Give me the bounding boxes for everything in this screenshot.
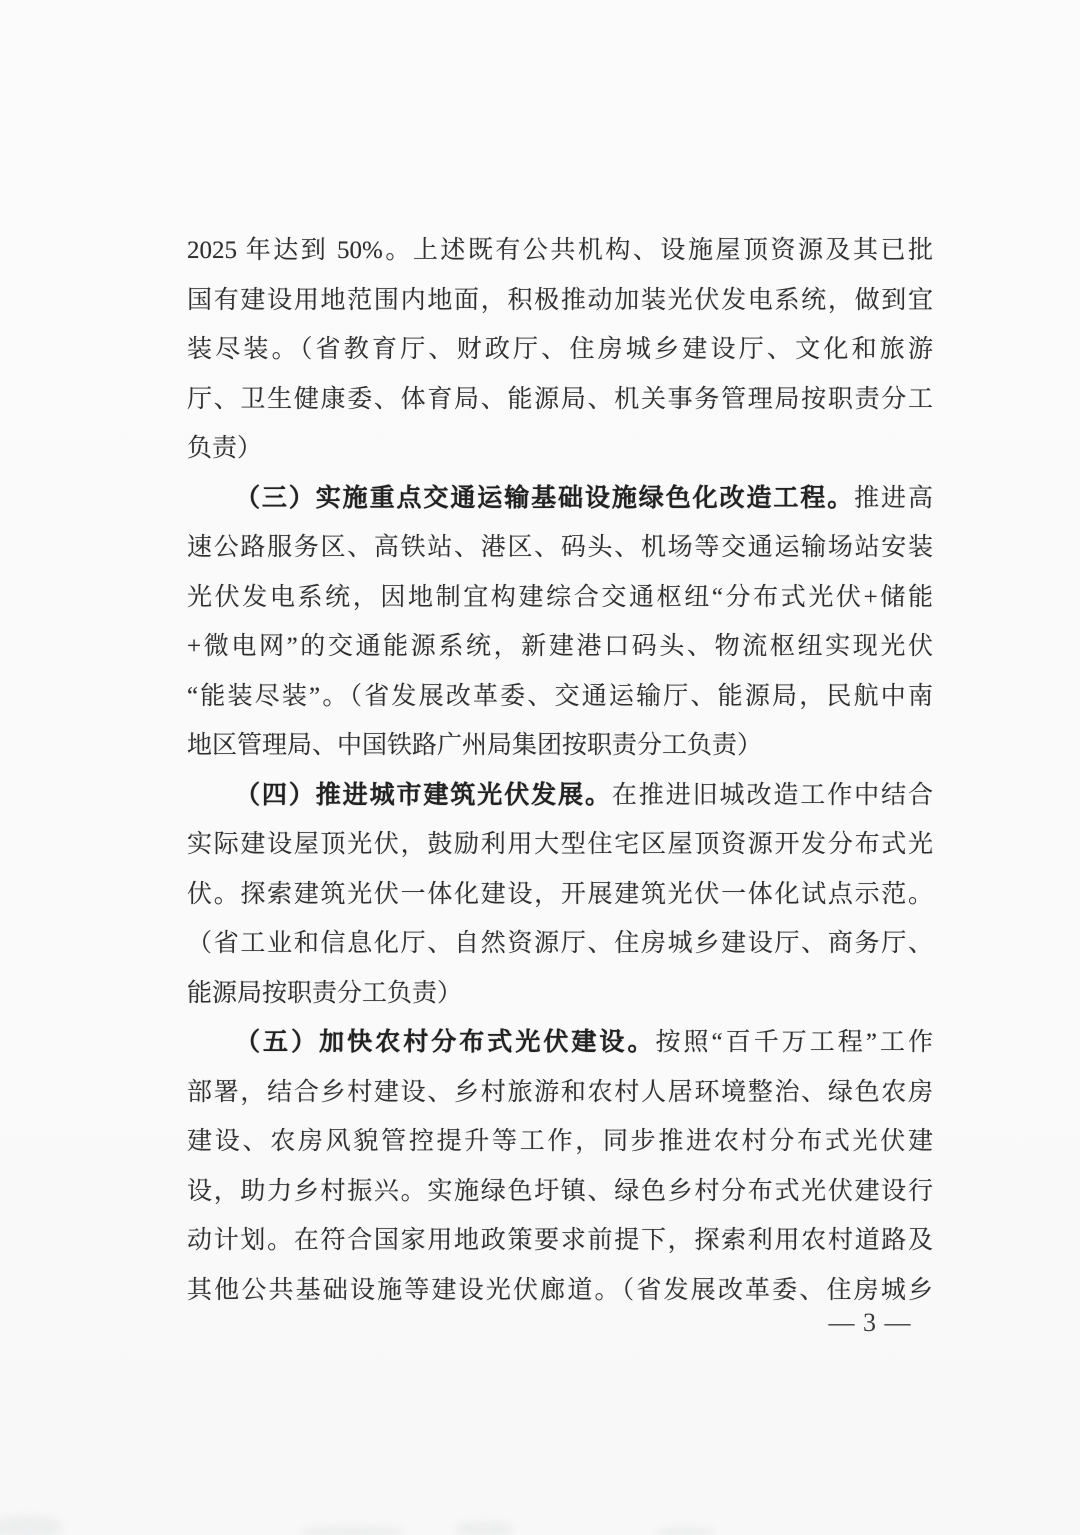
text-line: 伏。探索建筑光伏一体化建设，开展建筑光伏一体化试点示范。 — [187, 870, 933, 920]
text-line: （省工业和信息化厅、自然资源厅、住房城乡建设厅、商务厅、 — [187, 919, 933, 969]
page-number: — 3 — — [818, 1306, 922, 1340]
section-heading: （三）实施重点交通运输基础设施绿色化改造工程。 — [235, 485, 854, 512]
paragraph-continuation: 2025 年达到 50%。上述既有公共机构、设施屋顶资源及其已批 国有建设用地范… — [187, 226, 933, 474]
paragraph-section-4: （四）推进城市建筑光伏发展。在推进旧城改造工作中结合 实际建设屋顶光伏，鼓励利用… — [187, 771, 933, 1019]
text-line: “能装尽装”。（省发展改革委、交通运输厅、能源局，民航中南 — [187, 672, 933, 722]
text-line: 国有建设用地范围内地面，积极推动加装光伏发电系统，做到宜 — [187, 276, 933, 326]
line-text: 按照“百千万工程”工作 — [655, 1029, 933, 1056]
text-line: +微电网”的交通能源系统，新建港口码头、物流枢纽实现光伏 — [187, 622, 933, 672]
line-text: 在推进旧城改造工作中结合 — [612, 782, 933, 809]
text-line: 动计划。在符合国家用地政策要求前提下，探索利用农村道路及 — [187, 1216, 933, 1266]
line-text: 推进高 — [854, 485, 933, 512]
text-line: 厅、卫生健康委、体育局、能源局、机关事务管理局按职责分工 — [187, 375, 933, 425]
scan-artifact — [300, 1526, 405, 1535]
document-page: 2025 年达到 50%。上述既有公共机构、设施屋顶资源及其已批 国有建设用地范… — [0, 0, 1080, 1535]
text-line: 负责） — [187, 424, 933, 474]
text-line: 设，助力乡村振兴。实施绿色圩镇、绿色乡村分布式光伏建设行 — [187, 1167, 933, 1217]
text-line: （三）实施重点交通运输基础设施绿色化改造工程。推进高 — [187, 474, 933, 524]
text-line: 建设、农房风貌管控提升等工作，同步推进农村分布式光伏建 — [187, 1117, 933, 1167]
section-heading: （四）推进城市建筑光伏发展。 — [235, 782, 612, 809]
text-line: 装尽装。（省教育厅、财政厅、住房城乡建设厅、文化和旅游 — [187, 325, 933, 375]
text-block: 2025 年达到 50%。上述既有公共机构、设施屋顶资源及其已批 国有建设用地范… — [187, 226, 933, 1315]
text-line: （四）推进城市建筑光伏发展。在推进旧城改造工作中结合 — [187, 771, 933, 821]
text-line: 光伏发电系统，因地制宜构建综合交通枢纽“分布式光伏+储能 — [187, 573, 933, 623]
scan-artifact — [455, 1521, 513, 1535]
text-line: 实际建设屋顶光伏，鼓励利用大型住宅区屋顶资源开发分布式光 — [187, 820, 933, 870]
scan-artifact — [655, 1527, 715, 1535]
text-line: 速公路服务区、高铁站、港区、码头、机场等交通运输场站安装 — [187, 523, 933, 573]
text-line: （五）加快农村分布式光伏建设。按照“百千万工程”工作 — [187, 1018, 933, 1068]
text-line: 能源局按职责分工负责） — [187, 969, 933, 1019]
paragraph-section-3: （三）实施重点交通运输基础设施绿色化改造工程。推进高 速公路服务区、高铁站、港区… — [187, 474, 933, 771]
text-line: 地区管理局、中国铁路广州局集团按职责分工负责） — [187, 721, 933, 771]
paragraph-section-5: （五）加快农村分布式光伏建设。按照“百千万工程”工作 部署，结合乡村建设、乡村旅… — [187, 1018, 933, 1315]
section-heading: （五）加快农村分布式光伏建设。 — [235, 1029, 655, 1056]
text-line: 部署，结合乡村建设、乡村旅游和农村人居环境整治、绿色农房 — [187, 1068, 933, 1118]
text-line: 2025 年达到 50%。上述既有公共机构、设施屋顶资源及其已批 — [187, 226, 933, 276]
scan-artifact — [0, 1516, 62, 1535]
